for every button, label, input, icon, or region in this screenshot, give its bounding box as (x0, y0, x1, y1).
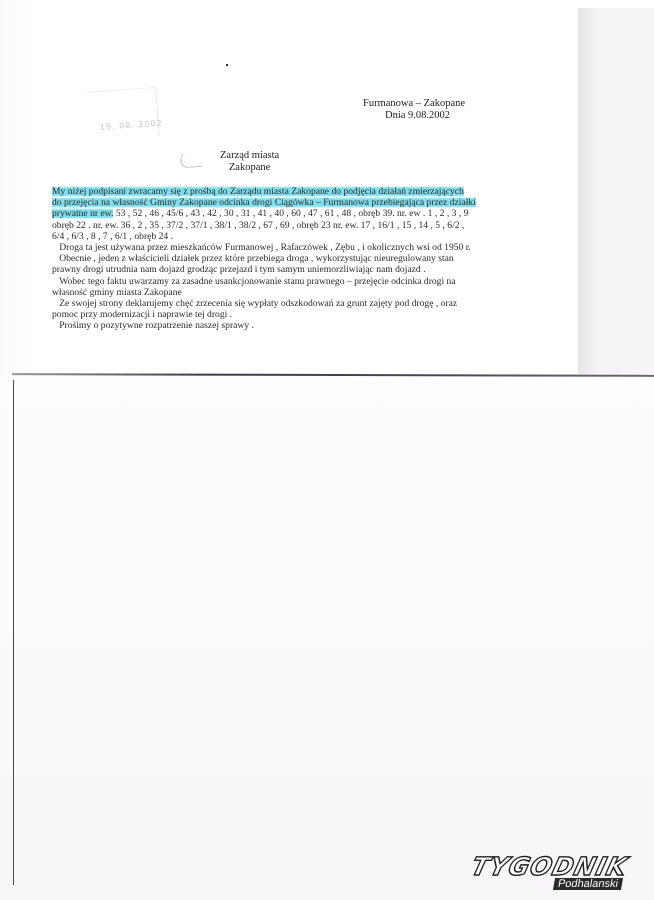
body-line: pomoc przy modernizacji i naprawie tej d… (52, 309, 492, 320)
body-text-span: 6/4 , 6/3 , 8 , 7 , 6/1 , obręb 24 . (52, 231, 173, 242)
body-line: własność gminy miasta Zakopane (52, 287, 492, 298)
body-line: Droga ta jest używana przez mieszkańców … (52, 242, 492, 253)
body-text-span: prawny drogi utrudnia nam dojazd grodząc… (52, 264, 426, 275)
stamp-frame (85, 87, 159, 141)
recipient-block: Zarząd miasta Zakopane (220, 150, 279, 174)
recipient-line-2: Zakopane (220, 162, 279, 174)
logo-sub-text: Podhalanski (553, 878, 623, 890)
body-text-span: Ze swojej strony deklarujemy chęć zrzece… (52, 298, 457, 309)
body-line: do przejęcia na własność Gminy Zakopane … (52, 197, 492, 208)
body-line: Wobec tego faktu uwarzamy za zasadne usa… (52, 276, 492, 287)
body-line: prawny drogi utrudnia nam dojazd grodząc… (52, 264, 492, 275)
body-text-span: obręb 22 . nr. ew. 36 , 2 , 35 , 37/2 , … (52, 220, 464, 231)
body-text-span: pomoc przy modernizacji i naprawie tej d… (52, 309, 232, 320)
page-left-edge (13, 380, 14, 885)
page-fold-line (12, 373, 654, 377)
body-text-span: 53 , 52 , 46 , 45/6 , 43 , 42 , 30 , 31 … (113, 208, 468, 219)
body-text-span: własność gminy miasta Zakopane (52, 287, 182, 298)
body-line: Prośimy o pozytywne rozpatrzenie naszej … (52, 320, 492, 331)
letter-body: My niżej podpisani zwracamy się z prośbą… (52, 186, 492, 331)
highlighted-text: do przejęcia na własność Gminy Zakopane … (52, 197, 476, 208)
body-text-span: Obecnie , jeden z właścicieli działek pr… (52, 253, 454, 264)
place-line: Furmanowa – Zakopane (363, 98, 465, 110)
signature-mark (180, 152, 202, 168)
place-and-date: Furmanowa – Zakopane Dnia 9.08.2002 (363, 98, 465, 122)
body-text-span: Prośimy o pozytywne rozpatrzenie naszej … (52, 320, 254, 331)
highlighted-text: prywatne nr ew. (52, 208, 113, 219)
body-line: prywatne nr ew. 53 , 52 , 46 , 45/6 , 43… (52, 208, 492, 219)
body-line: Ze swojej strony deklarujemy chęć zrzece… (52, 298, 492, 309)
scan-edge-strip (578, 8, 654, 374)
body-line: My niżej podpisani zwracamy się z prośbą… (52, 186, 492, 197)
body-line: 6/4 , 6/3 , 8 , 7 , 6/1 , obręb 24 . (52, 231, 492, 242)
tygodnik-podhalanski-logo: TYGODNIK Podhalanski (472, 852, 647, 892)
highlighted-text: My niżej podpisani zwracamy się z prośbą… (52, 186, 464, 197)
body-line: obręb 22 . nr. ew. 36 , 2 , 35 , 37/2 , … (52, 220, 492, 231)
body-text-span: Wobec tego faktu uwarzamy za zasadne usa… (52, 276, 456, 287)
logo-brand-text: TYGODNIK (468, 852, 631, 881)
body-line: Obecnie , jeden z właścicieli działek pr… (52, 253, 492, 264)
ink-speck (226, 64, 228, 66)
date-line: Dnia 9.08.2002 (363, 110, 465, 122)
body-text-span: Droga ta jest używana przez mieszkańców … (52, 242, 471, 253)
received-stamp: 19. 08. 2002 (55, 74, 172, 181)
blank-page-bottom (0, 378, 654, 900)
recipient-line-1: Zarząd miasta (220, 150, 279, 162)
